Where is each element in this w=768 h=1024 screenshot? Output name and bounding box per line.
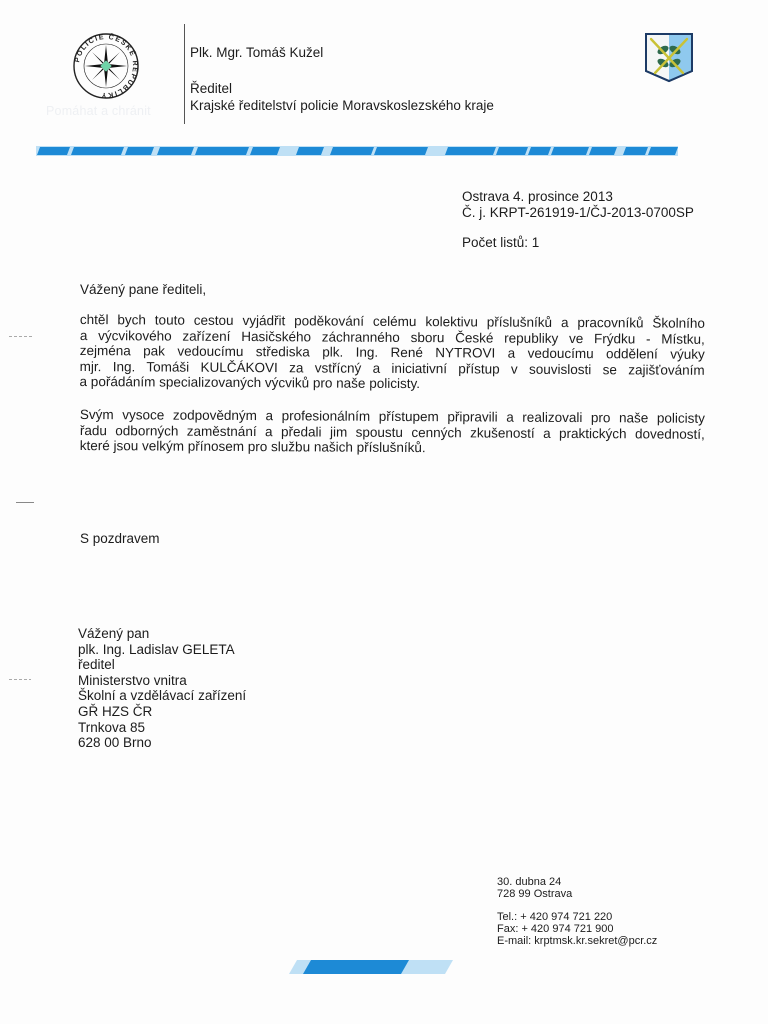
recipient-line: ředitel <box>78 657 246 673</box>
header-divider <box>184 24 185 124</box>
recipient-line: GŘ HZS ČR <box>78 704 246 720</box>
recipient-address: Vážený pan plk. Ing. Ladislav GELETA řed… <box>78 626 246 751</box>
reference-block: Ostrava 4. prosince 2013 Č. j. KRPT-2619… <box>462 189 694 251</box>
recipient-line: Vážený pan <box>78 626 246 642</box>
header-stripe <box>36 143 716 159</box>
letter-paragraph-1: chtěl bych touto cestou vyjádřit poděkov… <box>80 312 705 393</box>
sheet-count: Počet listů: 1 <box>462 235 694 251</box>
recipient-line: Trnkova 85 <box>78 720 246 736</box>
regional-crest-icon <box>643 31 695 83</box>
recipient-line: Školní a vzdělávací zařízení <box>78 688 246 704</box>
footer-stripe <box>287 952 455 976</box>
scan-mark <box>9 679 31 680</box>
recipient-line: Ministerstvo vnitra <box>78 673 246 689</box>
recipient-line: plk. Ing. Ladislav GELETA <box>78 642 246 658</box>
footer-city: 728 99 Ostrava <box>497 889 657 901</box>
scan-mark <box>9 336 33 337</box>
letter-paragraph-2: Svým vysoce zodpovědným a profesionálním… <box>80 407 705 457</box>
sender-name: Plk. Mgr. Tomáš Kužel <box>190 45 323 61</box>
sender-role: Ředitel <box>190 81 232 97</box>
recipient-line: 628 00 Brno <box>78 735 246 751</box>
footer-email[interactable]: E-mail: krptmsk.kr.sekret@pcr.cz <box>497 936 657 948</box>
letter-closing: S pozdravem <box>80 531 160 547</box>
motto-text: Pomáhat a chránit <box>46 104 151 118</box>
police-emblem-icon: POLICIE ČESKÉ REPUBLIKY <box>72 32 140 100</box>
sender-organization: Krajské ředitelství policie Moravskoslez… <box>190 98 494 114</box>
scan-mark <box>16 502 34 503</box>
place-date: Ostrava 4. prosince 2013 <box>462 189 694 205</box>
letter-greeting: Vážený pane řediteli, <box>80 282 206 298</box>
footer-contact: 30. dubna 24 728 99 Ostrava Tel.: + 420 … <box>497 877 657 948</box>
case-number: Č. j. KRPT-261919-1/ČJ-2013-0700SP <box>462 205 694 221</box>
footer-street: 30. dubna 24 <box>497 877 657 889</box>
